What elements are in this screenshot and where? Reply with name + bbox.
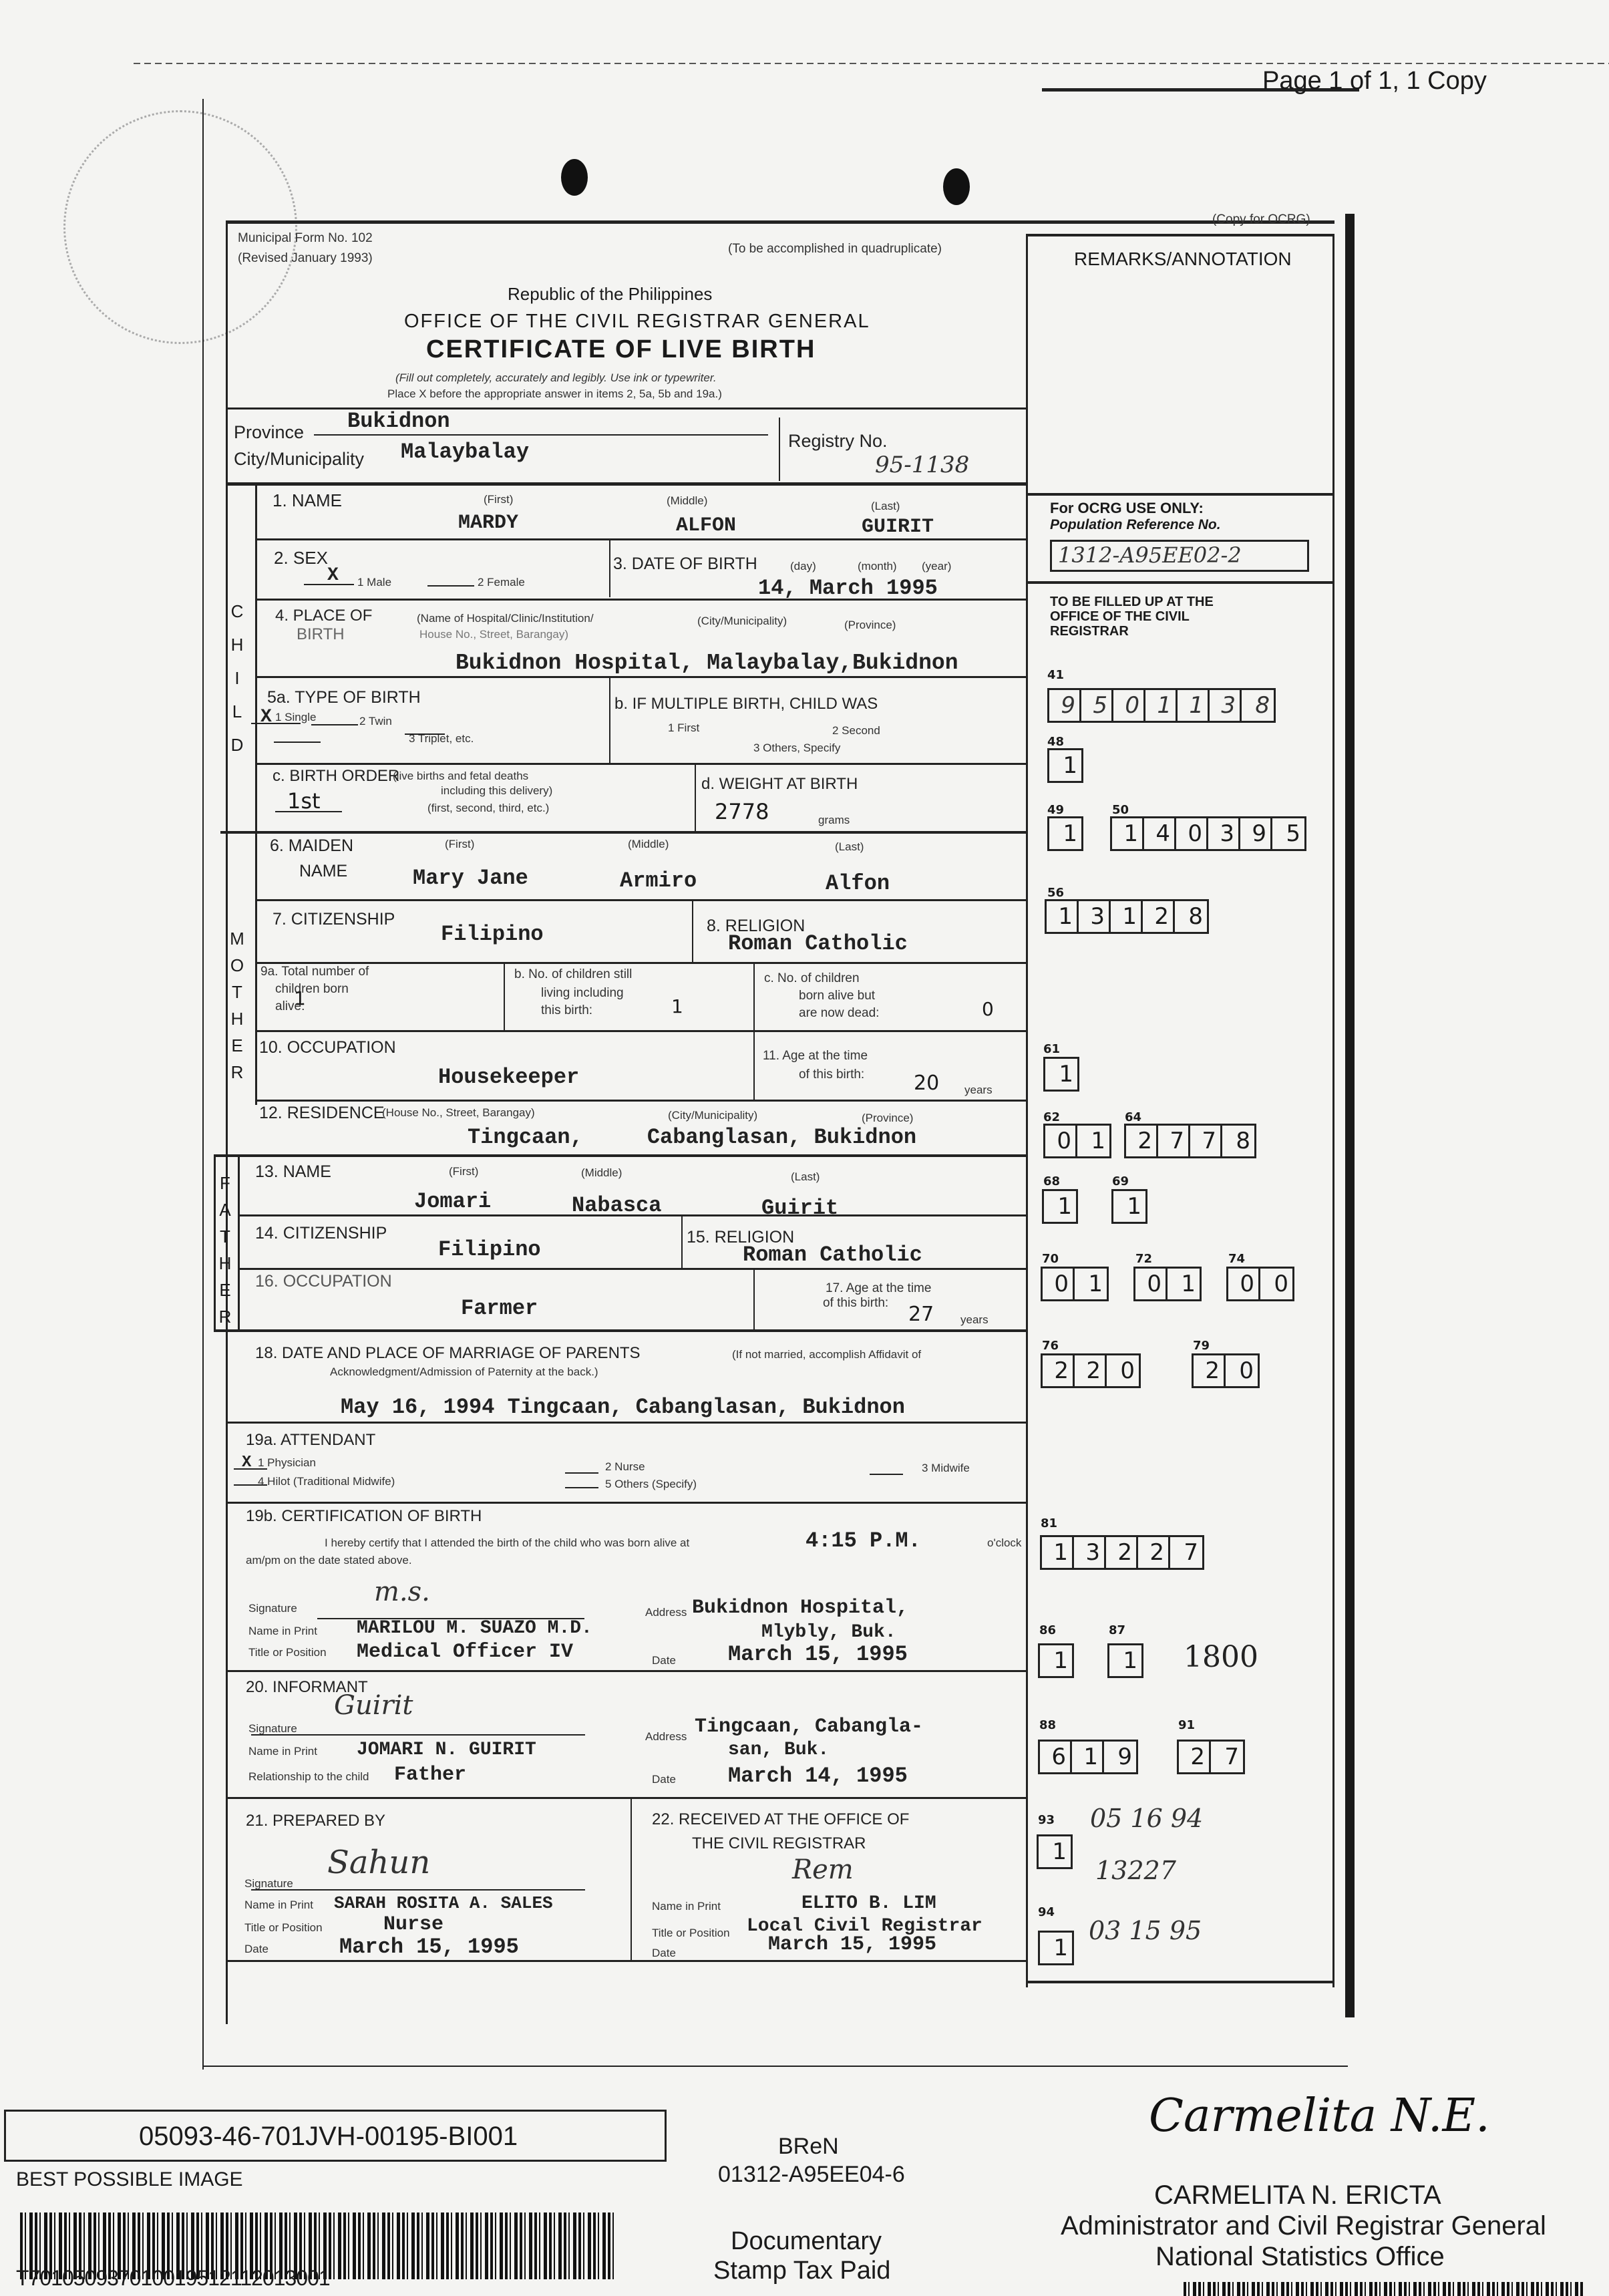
code-87-label: 87 — [1109, 1623, 1125, 1637]
father-age-value: 27 — [908, 1303, 934, 1326]
digit: 1 — [1045, 1059, 1077, 1090]
form-left-border — [226, 220, 228, 2024]
code-72-boxes: 0 1 — [1133, 1267, 1202, 1301]
digit: 1 — [1075, 1269, 1107, 1299]
bren-value: 01312-A95EE04-6 — [718, 2162, 905, 2188]
side-letter: R — [227, 1062, 247, 1083]
digit: 1 — [1178, 690, 1210, 721]
sex-female-option: 2 Female — [478, 576, 525, 589]
middle-label: (Middle) — [581, 1166, 622, 1180]
digit: 8 — [1175, 901, 1207, 932]
form-mid-border — [1026, 234, 1028, 1987]
divider — [504, 963, 505, 1030]
digit: 0 — [1043, 1269, 1075, 1299]
form-revised: (Revised January 1993) — [238, 251, 373, 266]
certification-label: 19b. CERTIFICATION OF BIRTH — [246, 1507, 482, 1526]
mother-middle-name: Armiro — [620, 868, 697, 893]
digit: 1 — [1049, 750, 1081, 781]
mother-age-label-1: 11. Age at the time — [763, 1049, 868, 1063]
title-label: Title or Position — [244, 1921, 323, 1935]
mother-religion: Roman Catholic — [728, 931, 908, 956]
instruction-1: (Fill out completely, accurately and leg… — [395, 371, 717, 385]
sex-male-option: 1 Male — [357, 576, 391, 589]
first-label: (First) — [445, 838, 474, 851]
code-41-boxes: 9 5 0 1 1 3 8 — [1047, 688, 1276, 723]
living-children-value: 1 — [671, 995, 683, 1017]
official-name: CARMELITA N. ERICTA — [1154, 2180, 1441, 2210]
republic-label: Republic of the Philippines — [508, 284, 712, 305]
code-64-label: 64 — [1125, 1110, 1141, 1124]
digit: 0 — [1135, 1269, 1168, 1299]
digit: 2 — [1143, 901, 1175, 932]
dob-value: 14, March 1995 — [758, 576, 938, 601]
digit: 0 — [1260, 1269, 1292, 1299]
code-76-label: 76 — [1042, 1339, 1059, 1353]
informant-name: JOMARI N. GUIRIT — [357, 1740, 536, 1760]
digit: 9 — [1049, 690, 1081, 721]
attendant-signature: m.s. — [374, 1577, 430, 1607]
digit: 1 — [1072, 1742, 1104, 1772]
digit: 7 — [1190, 1126, 1222, 1156]
digit: 3 — [1074, 1537, 1106, 1568]
birth-order-sub-3: (first, second, third, etc.) — [427, 802, 549, 815]
best-image-label: BEST POSSIBLE IMAGE — [16, 2168, 243, 2191]
date-label: Date — [652, 1947, 676, 1960]
side-letter: E — [215, 1280, 235, 1301]
birth-time-value: 4:15 P.M. — [806, 1528, 921, 1553]
divider — [214, 1154, 1027, 1157]
digit: 1 — [1040, 1933, 1072, 1963]
code-88-label: 88 — [1039, 1718, 1056, 1732]
bottom-barcode — [1184, 2282, 1584, 2296]
father-first-name: Jomari — [414, 1189, 491, 1214]
attendant-hilot-option: 4 Hilot (Traditional Midwife) — [258, 1475, 395, 1488]
marriage-value: May 16, 1994 Tingcaan, Cabanglasan, Buki… — [341, 1395, 905, 1420]
divider — [226, 482, 1027, 486]
code-62-label: 62 — [1043, 1110, 1060, 1124]
multiple-first-option: 1 First — [668, 721, 699, 735]
underline — [251, 1734, 585, 1736]
digit: 1 — [1112, 818, 1144, 849]
code-94-boxes: 1 — [1038, 1931, 1074, 1965]
weight-unit: grams — [818, 814, 850, 827]
child-last-name: GUIRIT — [862, 516, 934, 538]
dry-seal — [63, 110, 297, 344]
address-label: Address — [645, 1730, 687, 1744]
divider — [255, 1100, 1027, 1102]
mother-occupation: Housekeeper — [438, 1065, 579, 1090]
pob-value: Bukidnon Hospital, Malaybalay,Bukidnon — [456, 651, 958, 675]
informant-address-2: san, Buk. — [728, 1740, 829, 1760]
divider — [692, 900, 693, 962]
dob-month-label: (month) — [858, 560, 897, 573]
code-61-boxes: 1 — [1043, 1057, 1079, 1092]
divider — [220, 831, 1027, 834]
father-religion: Roman Catholic — [743, 1243, 922, 1267]
code-68-label: 68 — [1043, 1174, 1060, 1188]
quadruplicate-note: (To be accomplished in quadruplicate) — [728, 242, 942, 257]
received-label-1: 22. RECEIVED AT THE OFFICE OF — [652, 1810, 909, 1829]
digit: 1 — [1077, 1126, 1109, 1156]
receiver-name: ELITO B. LIM — [801, 1893, 936, 1914]
code-72-label: 72 — [1135, 1252, 1152, 1266]
child-first-name: MARDY — [458, 512, 518, 534]
side-letter: M — [227, 929, 247, 949]
code-56-boxes: 1 3 1 2 8 — [1045, 899, 1209, 934]
underline — [311, 724, 358, 725]
city-label: City/Municipality — [234, 449, 364, 470]
digit: 5 — [1272, 818, 1304, 849]
code-50-label: 50 — [1112, 803, 1129, 817]
certification-text-1: I hereby certify that I attended the bir… — [325, 1536, 689, 1550]
province-label: Province — [234, 422, 304, 443]
informant-signature: Guirit — [334, 1690, 413, 1721]
side-letter: O — [227, 955, 247, 976]
name-label: Name in Print — [248, 1625, 317, 1638]
receiver-signature: Rem — [792, 1854, 854, 1885]
dob-day-label: (day) — [790, 560, 816, 573]
code-70-label: 70 — [1042, 1252, 1059, 1266]
total-children-label-2: children born — [275, 982, 349, 997]
digit: 1 — [1168, 1269, 1200, 1299]
type-mark: X — [260, 707, 272, 727]
page-left-margin — [202, 99, 204, 2070]
side-label-child-c: C — [227, 601, 247, 622]
digit: 0 — [1176, 818, 1208, 849]
digit: 1 — [1039, 1836, 1071, 1867]
divider — [255, 599, 1027, 601]
last-label: (Last) — [871, 500, 900, 513]
bren-label: BReN — [778, 2134, 839, 2160]
page-bottom-rule — [202, 2066, 1348, 2067]
office-label: OFFICE OF THE CIVIL REGISTRAR GENERAL — [404, 311, 870, 333]
divider — [255, 676, 1027, 678]
digit: 3 — [1210, 690, 1242, 721]
copy-for-ocrg: (Copy for OCRG) — [1212, 212, 1310, 227]
digit: 1 — [1044, 1191, 1076, 1222]
prepared-by-label: 21. PREPARED BY — [246, 1812, 385, 1830]
digit: 0 — [1045, 1126, 1077, 1156]
residence-sub-1: (House No., Street, Barangay) — [382, 1106, 535, 1120]
marriage-label: 18. DATE AND PLACE OF MARRIAGE OF PARENT… — [255, 1344, 641, 1363]
side-letter: F — [215, 1173, 235, 1194]
digit: 7 — [1211, 1742, 1243, 1772]
form-bottom-border — [227, 1960, 1027, 1962]
code-93-note-date: 05 16 94 — [1090, 1804, 1203, 1833]
code-93-note-number: 13227 — [1095, 1856, 1176, 1885]
punch-hole-left — [561, 159, 588, 196]
side-label-child-i: I — [227, 668, 247, 689]
mother-side-border — [255, 832, 257, 1105]
underline — [405, 733, 445, 735]
underline — [251, 1889, 585, 1891]
side-letter: H — [215, 1253, 235, 1274]
underline — [870, 1474, 903, 1475]
digit: 8 — [1222, 1126, 1254, 1156]
sex-mark: X — [327, 565, 339, 586]
barcode-text: T70105093701001951211201300​1 — [16, 2266, 330, 2291]
father-citizenship-label: 14. CITIZENSHIP — [255, 1224, 387, 1243]
divider — [255, 1030, 1027, 1032]
side-letter: R — [215, 1307, 235, 1327]
divider — [1026, 493, 1333, 496]
mother-name-label-2: NAME — [299, 862, 347, 881]
remarks-bottom-border — [1026, 1981, 1333, 1983]
code-64-boxes: 2 7 7 8 — [1124, 1124, 1256, 1158]
digit: 2 — [1126, 1126, 1158, 1156]
code-86-boxes: 1 — [1038, 1643, 1074, 1678]
underline — [274, 742, 321, 743]
mother-first-name: Mary Jane — [413, 866, 528, 890]
side-letter: T — [227, 982, 247, 1003]
birth-order-sub-2: including this delivery) — [441, 784, 552, 798]
underline — [427, 585, 474, 587]
code-87-boxes: 1 — [1107, 1643, 1143, 1678]
birth-order-value: 1st — [287, 788, 321, 814]
code-69-boxes: 1 — [1111, 1189, 1147, 1224]
marriage-note-1: (If not married, accomplish Affidavit of — [732, 1348, 921, 1361]
first-label: (First) — [484, 493, 513, 506]
digit: 0 — [1228, 1269, 1260, 1299]
digit: 1 — [1042, 1537, 1074, 1568]
weight-label: d. WEIGHT AT BIRTH — [701, 775, 858, 794]
digit: 0 — [1226, 1355, 1258, 1386]
mother-occupation-label: 10. OCCUPATION — [259, 1038, 396, 1057]
divider — [753, 1031, 755, 1101]
attendant-date: March 15, 1995 — [728, 1642, 908, 1667]
mother-age-label-2: of this birth: — [799, 1068, 864, 1082]
certificate-title: CERTIFICATE OF LIVE BIRTH — [426, 335, 816, 364]
underline — [565, 1472, 598, 1474]
first-label: (First) — [449, 1165, 478, 1178]
divider — [695, 764, 696, 831]
province-value: Bukidnon — [347, 409, 450, 434]
digit: 1 — [1049, 818, 1081, 849]
receiver-date: March 15, 1995 — [768, 1933, 936, 1956]
residence-sub-2: (City/Municipality) — [668, 1109, 757, 1122]
sex-label: 2. SEX — [274, 548, 328, 568]
total-children-value: 1 — [294, 987, 306, 1009]
oclock-label: o'clock — [987, 1536, 1021, 1550]
mother-age-unit: years — [964, 1084, 993, 1097]
digit: 1 — [1113, 1191, 1145, 1222]
divider — [753, 963, 755, 1030]
date-label: Date — [652, 1654, 676, 1667]
mother-name-label-1: 6. MAIDEN — [270, 836, 353, 856]
father-age-label-1: 17. Age at the time — [826, 1281, 931, 1296]
stamp-tax-line-2: Stamp Tax Paid — [713, 2257, 890, 2285]
total-children-label-1: 9a. Total number of — [260, 965, 369, 979]
divider — [631, 1798, 632, 1960]
registry-value: 95-1138 — [875, 452, 969, 478]
digit: 1 — [1040, 1645, 1072, 1676]
residence-sub-3: (Province) — [862, 1112, 913, 1125]
code-68-boxes: 1 — [1042, 1189, 1078, 1224]
digit: 2 — [1138, 1537, 1170, 1568]
name-label: Name in Print — [248, 1745, 317, 1758]
name-label: Name in Print — [652, 1900, 721, 1913]
code-91-boxes: 2 7 — [1177, 1740, 1245, 1774]
digit: 1 — [1145, 690, 1178, 721]
divider — [609, 540, 610, 597]
middle-label: (Middle) — [628, 838, 669, 851]
code-87-extra: 1800 — [1184, 1640, 1258, 1674]
marriage-note-2: Acknowledgment/Admission of Paternity at… — [330, 1365, 598, 1379]
date-label: Date — [652, 1773, 676, 1786]
underline — [275, 811, 342, 812]
code-93-label: 93 — [1038, 1813, 1055, 1827]
father-citizenship: Filipino — [438, 1237, 541, 1262]
preparer-title: Nurse — [383, 1913, 443, 1936]
mother-citizenship: Filipino — [441, 922, 544, 947]
mother-age-value: 20 — [914, 1072, 939, 1095]
father-age-label-2: of this birth: — [823, 1296, 888, 1311]
dead-children-label-1: c. No. of children — [764, 971, 860, 986]
divider — [227, 1502, 1027, 1504]
form-number: Municipal Form No. 102 — [238, 231, 373, 246]
relationship-label: Relationship to the child — [248, 1770, 369, 1784]
dob-year-label: (year) — [922, 560, 951, 573]
dead-children-label-3: are now dead: — [799, 1006, 879, 1021]
signature-label: Signature — [248, 1602, 297, 1615]
pop-ref-value: 1312-A95EE02-2 — [1058, 542, 1242, 568]
ocrg-use-label: For OCRG USE ONLY: — [1050, 500, 1204, 517]
last-label: (Last) — [835, 840, 864, 854]
title-label: Title or Position — [248, 1646, 327, 1659]
side-letter: T — [215, 1226, 235, 1247]
code-86-label: 86 — [1039, 1623, 1056, 1637]
official-title: Administrator and Civil Registrar Genera… — [1061, 2211, 1546, 2241]
page-right-border — [1345, 214, 1355, 2017]
digit: 6 — [1040, 1742, 1072, 1772]
code-93-boxes: 1 — [1037, 1834, 1073, 1869]
pob-sublabel-2: House No., Street, Barangay) — [419, 628, 568, 641]
pob-label-1: 4. PLACE OF — [275, 607, 372, 625]
dob-label: 3. DATE OF BIRTH — [613, 554, 757, 574]
attendant-address-2: Mlybly, Buk. — [761, 1622, 896, 1643]
underline — [314, 434, 768, 436]
signature-label: Signature — [248, 1722, 297, 1736]
divider — [1026, 581, 1333, 584]
digit: 7 — [1158, 1126, 1190, 1156]
divider — [255, 962, 1027, 964]
code-91-label: 91 — [1178, 1718, 1195, 1732]
attendant-midwife-option: 3 Midwife — [922, 1462, 970, 1475]
side-letter: A — [215, 1200, 235, 1220]
father-occupation: Farmer — [461, 1296, 538, 1321]
city-value: Malaybalay — [401, 440, 529, 464]
attendant-address-1: Bukidnon Hospital, — [692, 1597, 908, 1619]
attendant-name: MARILOU M. SUAZO M.D. — [357, 1618, 592, 1639]
digit: 9 — [1240, 818, 1272, 849]
code-48-boxes: 1 — [1047, 748, 1083, 783]
divider — [779, 418, 780, 481]
code-79-boxes: 2 0 — [1192, 1353, 1260, 1388]
attendant-nurse-option: 2 Nurse — [605, 1460, 645, 1474]
divider — [227, 1422, 1027, 1424]
attendant-others-option: 5 Others (Specify) — [605, 1478, 697, 1491]
code-62-boxes: 0 1 — [1043, 1124, 1111, 1158]
living-children-label-2: living including — [541, 986, 624, 1001]
page-top-border — [134, 63, 1609, 64]
side-letter: E — [227, 1035, 247, 1056]
informant-date: March 14, 1995 — [728, 1764, 908, 1788]
divider — [255, 538, 1027, 540]
fill-label-3: REGISTRAR — [1050, 624, 1129, 639]
digit: 7 — [1170, 1537, 1202, 1568]
dead-children-value: 0 — [982, 998, 994, 1020]
digit: 3 — [1208, 818, 1240, 849]
digit: 2 — [1194, 1355, 1226, 1386]
father-age-unit: years — [960, 1313, 989, 1327]
pob-city-label: (City/Municipality) — [697, 615, 787, 628]
divider — [681, 1216, 683, 1268]
code-69-label: 69 — [1112, 1174, 1129, 1188]
father-occupation-label: 16. OCCUPATION — [255, 1272, 392, 1291]
multiple-birth-label: b. IF MULTIPLE BIRTH, CHILD WAS — [614, 695, 878, 713]
divider — [753, 1269, 755, 1329]
preparer-signature: Sahun — [327, 1844, 430, 1881]
divider — [238, 1214, 1027, 1216]
divider — [238, 1268, 1027, 1270]
underline — [304, 584, 354, 585]
birth-order-label: c. BIRTH ORDER — [273, 767, 399, 786]
child-side-border — [255, 484, 257, 832]
digit: 4 — [1144, 818, 1176, 849]
code-48-label: 48 — [1047, 735, 1064, 749]
instruction-2: Place X before the appropriate answer in… — [387, 387, 722, 401]
digit: 2 — [1043, 1355, 1075, 1386]
divider — [227, 1670, 1027, 1672]
type-of-birth-label: 5a. TYPE OF BIRTH — [267, 688, 421, 707]
code-94-label: 94 — [1038, 1905, 1055, 1919]
code-88-boxes: 6 1 9 — [1038, 1740, 1138, 1774]
divider — [226, 407, 1027, 409]
name-label: Name in Print — [244, 1899, 313, 1912]
attendant-title: Medical Officer IV — [357, 1641, 573, 1663]
received-label-2: THE CIVIL REGISTRAR — [692, 1834, 866, 1853]
middle-label: (Middle) — [667, 494, 707, 508]
multiple-second-option: 2 Second — [832, 724, 880, 737]
father-side-border — [238, 1156, 240, 1329]
living-children-label-3: this birth: — [541, 1003, 592, 1018]
signature-label: Signature — [244, 1877, 293, 1891]
code-49-boxes: 1 — [1047, 816, 1083, 851]
fill-label-1: TO BE FILLED UP AT THE — [1050, 595, 1214, 610]
type-single-option: 1 Single — [275, 711, 316, 724]
type-twin-option: 2 Twin — [359, 715, 392, 728]
divider — [214, 1329, 1027, 1332]
divider — [255, 899, 1027, 901]
code-41-label: 41 — [1047, 668, 1064, 682]
code-56-label: 56 — [1047, 886, 1064, 900]
title-label: Title or Position — [652, 1927, 730, 1940]
date-label: Date — [244, 1943, 269, 1956]
digit: 2 — [1179, 1742, 1211, 1772]
code-70-boxes: 0 1 — [1041, 1267, 1109, 1301]
pob-sublabel-1: (Name of Hospital/Clinic/Institution/ — [417, 612, 594, 625]
digit: 2 — [1075, 1355, 1107, 1386]
certification-text-2: am/pm on the date stated above. — [246, 1554, 412, 1567]
birth-order-sub-1: (live births and fetal deaths — [393, 770, 528, 783]
father-name-label: 13. NAME — [255, 1162, 331, 1182]
code-94-note-date: 03 15 95 — [1089, 1916, 1202, 1945]
registry-label: Registry No. — [788, 431, 888, 452]
father-last-name: Guirit — [761, 1196, 838, 1220]
residence-label: 12. RESIDENCE — [259, 1104, 385, 1123]
child-middle-name: ALFON — [676, 514, 736, 537]
pop-ref-label: Population Reference No. — [1050, 517, 1221, 533]
